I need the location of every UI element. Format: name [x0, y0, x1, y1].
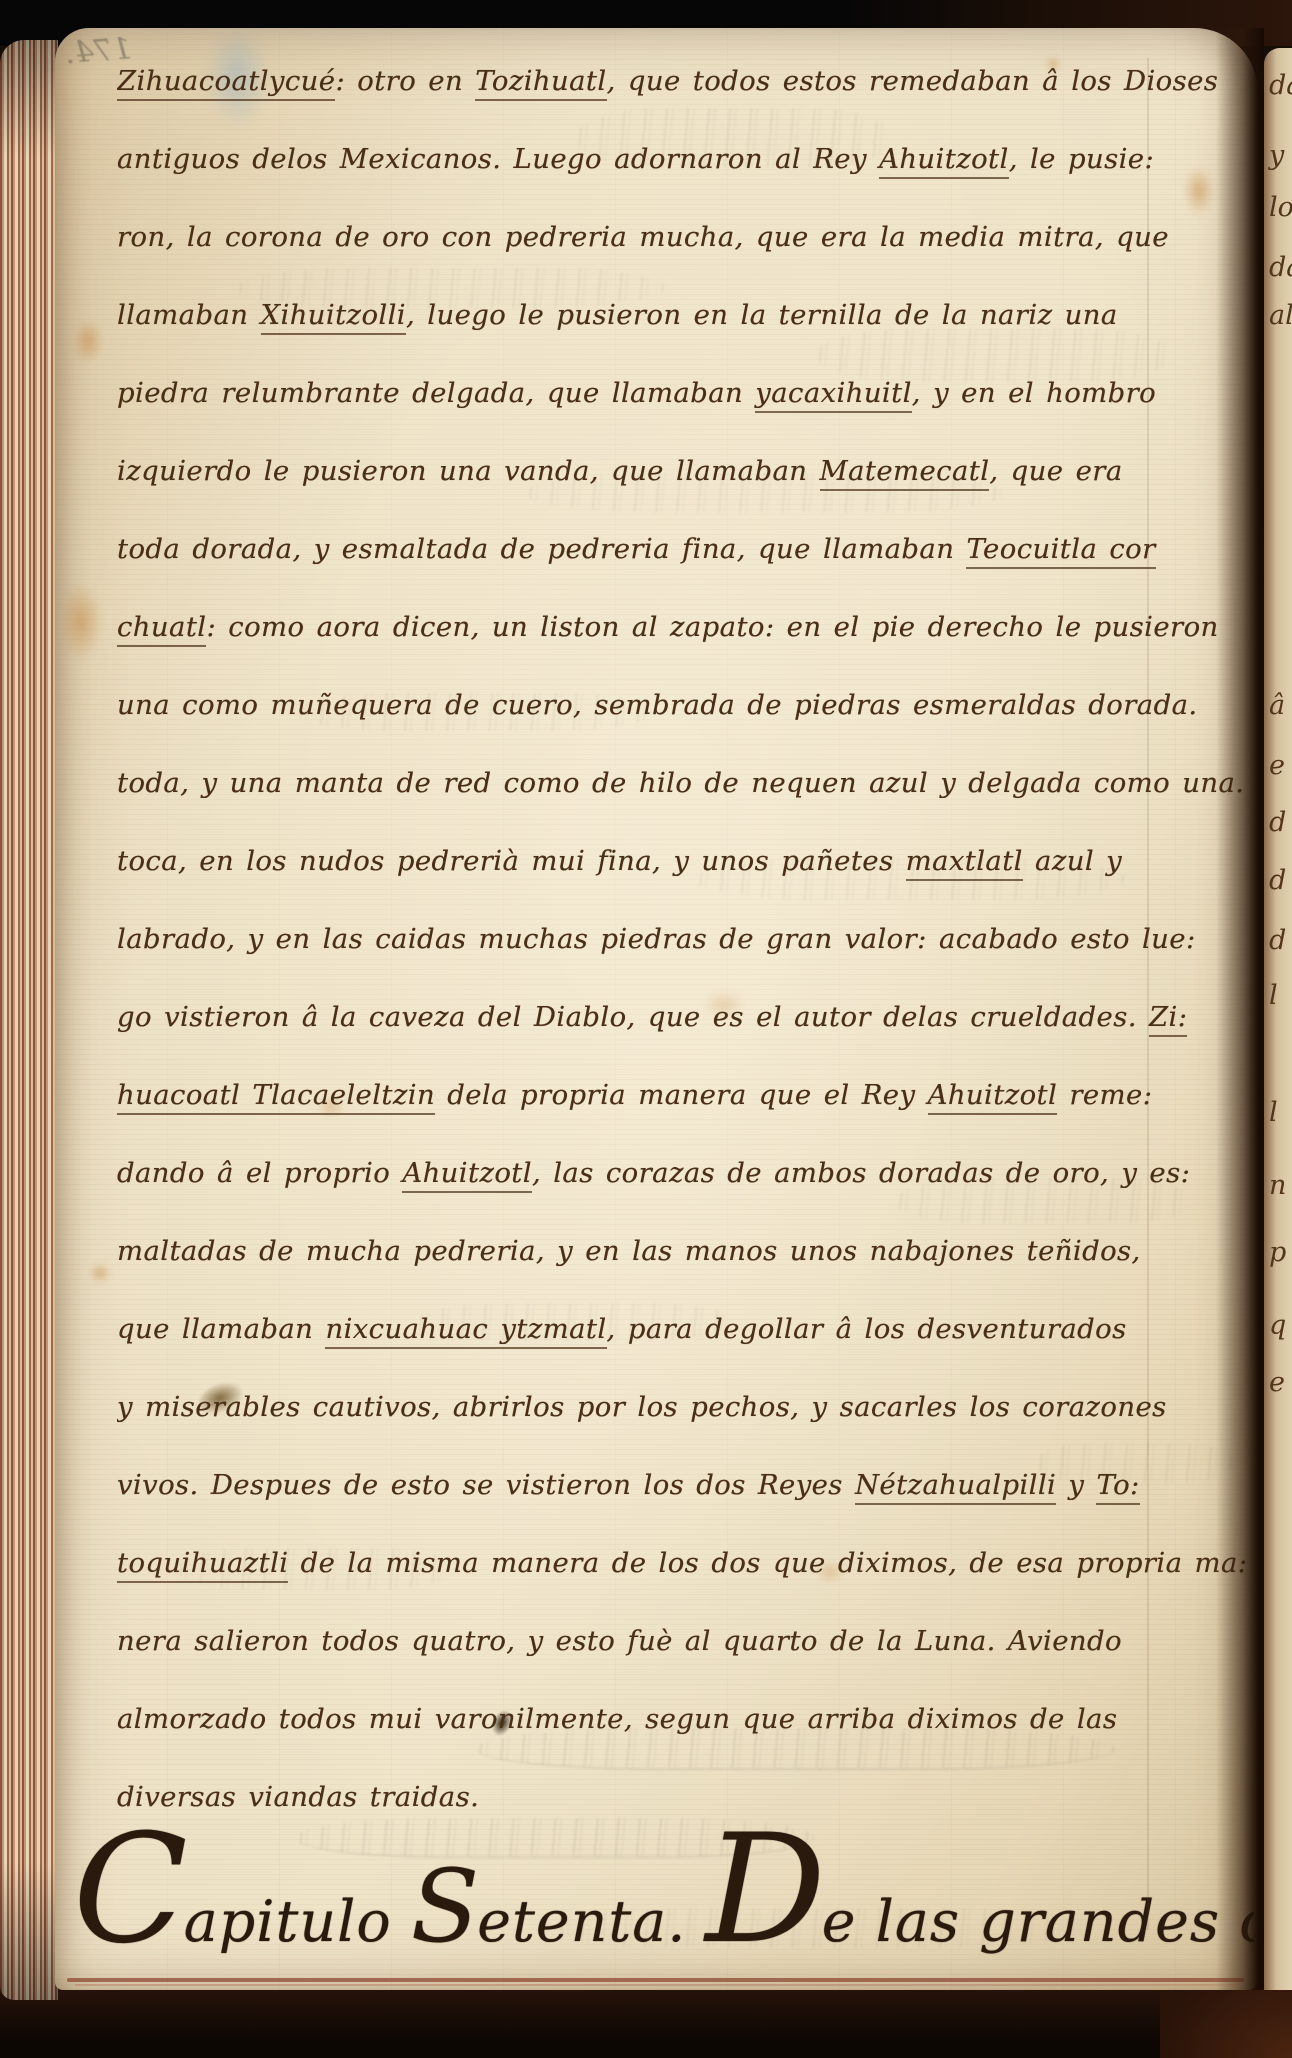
binding-shadow-bottom: [0, 1988, 1292, 2058]
chapter-heading: Capitulo Setenta. De las grandes cruel: [73, 1828, 1254, 1990]
page-bottom-edge: [67, 1978, 1244, 1982]
underlined-word: Zi:: [1149, 1001, 1187, 1037]
text-segment: C: [73, 1828, 184, 1977]
underlined-word: toquihuaztli: [117, 1547, 288, 1583]
text-line: toquihuaztli de la misma manera de los d…: [117, 1524, 1249, 1602]
text-line: huacoatl Tlacaeleltzin dela propria mane…: [117, 1056, 1249, 1134]
text-segment: : como aora dicen, un liston al zapato: …: [206, 611, 1218, 643]
text-line: y miserables cautivos, abrirlos por los …: [117, 1368, 1249, 1446]
text-segment: toca, en los nudos pedrerià mui fina, y …: [117, 845, 906, 877]
text-line: maltadas de mucha pedreria, y en las man…: [117, 1212, 1249, 1290]
text-segment: go vistieron â la caveza del Diablo, que…: [117, 1001, 1149, 1033]
text-line: una como muñequera de cuero, sembrada de…: [117, 666, 1249, 744]
facing-page-text-fragment: â: [1269, 690, 1285, 721]
underlined-word: yacaxihuitl: [755, 377, 912, 413]
text-segment: , para degollar â los desventurados: [607, 1313, 1127, 1345]
text-block: Zihuacoatlycué: otro en Tozihuatl, que t…: [117, 42, 1249, 1836]
underlined-word: Tozihuatl: [475, 65, 606, 101]
text-line: vivos. Despues de esto se vistieron los …: [117, 1446, 1249, 1524]
text-segment: almorzado todos mui varonilmente, segun …: [117, 1703, 1117, 1735]
text-segment: , que era: [989, 455, 1122, 487]
facing-page-text-fragment: e: [1269, 750, 1285, 781]
underlined-word: Teocuitla cor: [966, 533, 1155, 569]
underlined-word: chuatl: [117, 611, 206, 647]
text-segment: , luego le pusieron en la ternilla de la…: [406, 299, 1118, 331]
text-segment: antiguos delos Mexicanos. Luego adornaro…: [117, 143, 879, 175]
text-segment: vivos. Despues de esto se vistieron los …: [117, 1469, 855, 1501]
underlined-word: nixcuahuac ytzmatl: [325, 1313, 606, 1349]
facing-page-text-fragment: q: [1269, 1310, 1286, 1341]
fore-edge-page-stack: [0, 40, 58, 2000]
facing-page-text-fragment: l: [1269, 1097, 1278, 1128]
underlined-word: Ahuitzotl: [879, 143, 1009, 179]
facing-page-text-fragment: d: [1269, 865, 1286, 896]
text-segment: , las corazas de ambos doradas de oro, y…: [532, 1157, 1190, 1189]
text-segment: que llamaban: [117, 1313, 325, 1345]
underlined-word: Xihuitzolli: [261, 299, 406, 335]
facing-page-text-fragment: d: [1269, 807, 1286, 838]
underlined-word: Matemecatl: [820, 455, 990, 491]
page-bottom-edge-highlight: [75, 1984, 1238, 1986]
underlined-word: To:: [1096, 1469, 1139, 1505]
foxing-spot: [73, 318, 103, 364]
text-segment: de la misma manera de los dos que diximo…: [288, 1547, 1247, 1579]
text-line: go vistieron â la caveza del Diablo, que…: [117, 978, 1249, 1056]
facing-page-text-fragment: d: [1269, 925, 1286, 956]
facing-page-text-fragment: ale: [1269, 300, 1292, 331]
text-line: toda dorada, y esmaltada de pedreria fin…: [117, 510, 1249, 588]
text-segment: dela propria manera que el Rey: [435, 1079, 927, 1111]
facing-page-text-fragment: da: [1269, 70, 1292, 101]
text-segment: llamaban: [117, 299, 261, 331]
text-segment: S: [411, 1848, 478, 1965]
underlined-word: Ahuitzotl: [928, 1079, 1058, 1115]
text-segment: etenta.: [477, 1889, 705, 1955]
text-line: que llamaban nixcuahuac ytzmatl, para de…: [117, 1290, 1249, 1368]
text-segment: ron, la corona de oro con pedreria mucha…: [117, 221, 1169, 253]
facing-page-text-fragment: e: [1269, 1367, 1285, 1398]
text-line: dando â el proprio Ahuitzotl, las coraza…: [117, 1134, 1249, 1212]
text-line: diversas viandas traidas.: [117, 1758, 1249, 1836]
text-segment: labrado, y en las caidas muchas piedras …: [117, 923, 1196, 955]
text-line: antiguos delos Mexicanos. Luego adornaro…: [117, 120, 1249, 198]
text-line: piedra relumbrante delgada, que llamaban…: [117, 354, 1249, 432]
text-segment: una como muñequera de cuero, sembrada de…: [117, 689, 1198, 721]
facing-page-text-fragment: p: [1269, 1237, 1286, 1268]
underlined-word: Zihuacoatlycué: [117, 65, 335, 101]
text-segment: dando â el proprio: [117, 1157, 402, 1189]
page-crease: [1147, 58, 1149, 1930]
underlined-word: huacoatl Tlacaeleltzin: [117, 1079, 435, 1115]
text-segment: D: [706, 1828, 822, 1977]
manuscript-photo: 174. Zihuacoatlycué: otro en Tozihuatl, …: [0, 0, 1292, 2058]
text-line: Zihuacoatlycué: otro en Tozihuatl, que t…: [117, 42, 1249, 120]
text-segment: toda dorada, y esmaltada de pedreria fin…: [117, 533, 966, 565]
text-segment: reme:: [1057, 1079, 1152, 1111]
facing-page-sliver: day llopdaaleâedddllnpqe: [1264, 48, 1292, 1990]
text-segment: azul y: [1023, 845, 1122, 877]
text-line: nera salieron todos quatro, y esto fuè a…: [117, 1602, 1249, 1680]
foxing-spot: [59, 583, 103, 661]
text-segment: nera salieron todos quatro, y esto fuè a…: [117, 1625, 1122, 1657]
text-segment: , y en el hombro: [912, 377, 1156, 409]
underlined-word: Nétzahualpilli: [855, 1469, 1056, 1505]
text-segment: piedra relumbrante delgada, que llamaban: [117, 377, 755, 409]
text-line: almorzado todos mui varonilmente, segun …: [117, 1680, 1249, 1758]
text-segment: y miserables cautivos, abrirlos por los …: [117, 1391, 1167, 1423]
foxing-spot: [89, 1263, 111, 1283]
text-segment: izquierdo le pusieron una vanda, que lla…: [117, 455, 820, 487]
text-line: labrado, y en las caidas muchas piedras …: [117, 900, 1249, 978]
text-segment: diversas viandas traidas.: [117, 1781, 479, 1813]
text-segment: e las grandes cruel: [822, 1889, 1254, 1955]
text-line: toda, y una manta de red como de hilo de…: [117, 744, 1249, 822]
text-segment: maltadas de mucha pedreria, y en las man…: [117, 1235, 1141, 1267]
text-segment: apitulo: [184, 1889, 411, 1955]
text-segment: , que todos estos remedaban â los Dioses: [607, 65, 1219, 97]
text-line: ron, la corona de oro con pedreria mucha…: [117, 198, 1249, 276]
text-line: chuatl: como aora dicen, un liston al za…: [117, 588, 1249, 666]
facing-page-text-fragment: da: [1269, 252, 1292, 283]
text-segment: toda, y una manta de red como de hilo de…: [117, 767, 1244, 799]
facing-page-text-fragment: n: [1269, 1170, 1286, 1201]
manuscript-page: 174. Zihuacoatlycué: otro en Tozihuatl, …: [55, 28, 1258, 1990]
facing-page-text-fragment: l: [1269, 980, 1278, 1011]
book-gutter: [1216, 28, 1264, 1990]
text-line: llamaban Xihuitzolli, luego le pusieron …: [117, 276, 1249, 354]
text-segment: , le pusie:: [1009, 143, 1154, 175]
underlined-word: maxtlatl: [906, 845, 1023, 881]
text-segment: y: [1056, 1469, 1096, 1501]
facing-page-text-fragment: y l: [1269, 140, 1292, 171]
text-segment: : otro en: [335, 65, 475, 97]
underlined-word: Ahuitzotl: [402, 1157, 532, 1193]
text-line: toca, en los nudos pedrerià mui fina, y …: [117, 822, 1249, 900]
text-line: izquierdo le pusieron una vanda, que lla…: [117, 432, 1249, 510]
facing-page-text-fragment: lop: [1269, 192, 1292, 223]
